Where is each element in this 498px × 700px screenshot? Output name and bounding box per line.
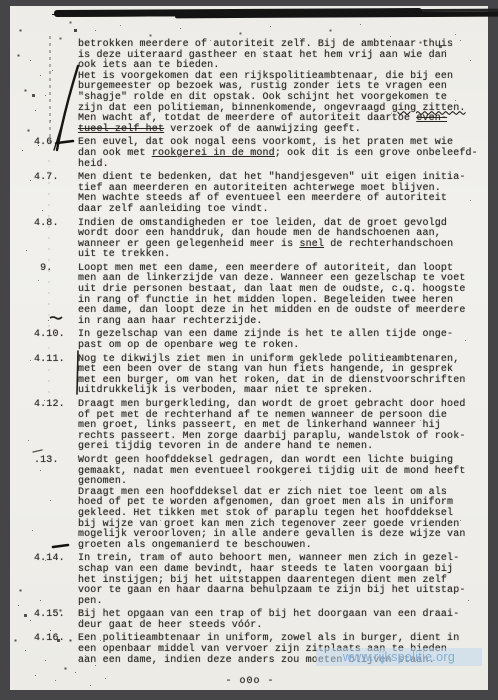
scanned-document: betrokken meerdere of autoriteit zelf. B… [0,0,498,700]
pen-vertical-mark-411 [77,351,78,394]
pen-slash-mark [57,66,78,150]
pen-scribble-mark-9 [50,317,62,319]
pen-dash-mark-414 [53,545,68,547]
pen-marks-overlay [0,0,498,700]
pen-dash-mark-413 [33,450,42,452]
